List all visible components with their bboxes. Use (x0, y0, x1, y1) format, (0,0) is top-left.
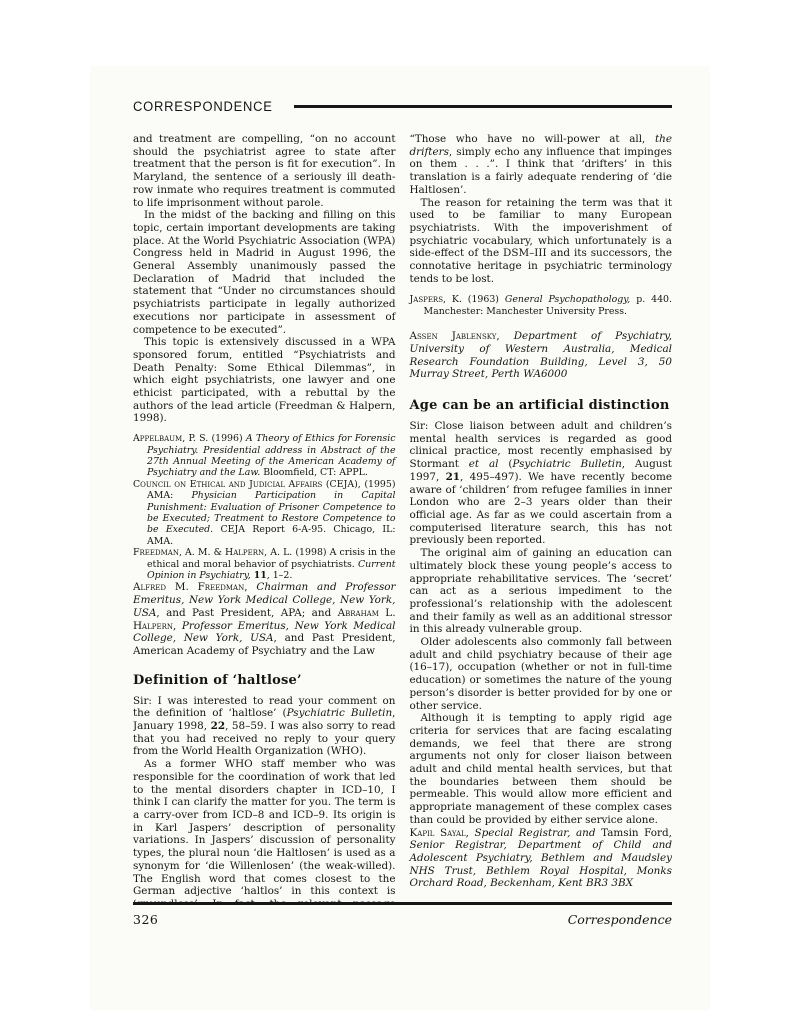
text-segment: 11 (254, 570, 267, 581)
text-segment: et al (469, 458, 499, 470)
text-segment: The reason for retaining the term was th… (410, 197, 673, 285)
author-signature: Assen Jablensky, Department of Psychiatr… (410, 330, 673, 381)
text-segment: In the midst of the backing and filling … (133, 209, 396, 335)
page-number: 326 (133, 912, 158, 927)
text-segment: ( (498, 458, 512, 470)
text-segment: and treatment are compelling, “on no acc… (133, 133, 396, 209)
text-segment: Psychiatric Bulletin (287, 707, 393, 719)
paragraph: Older adolescents also commonly fall bet… (410, 636, 673, 712)
paragraph: Sir: I was interested to read your comme… (133, 695, 396, 759)
text-segment: , simply echo any influence that impinge… (410, 146, 673, 196)
reference-entry: Appelbaum, P. S. (1996) A Theory of Ethi… (133, 433, 396, 479)
text-segment: Alfred M. Freedman (133, 581, 244, 593)
paragraph: In the midst of the backing and filling … (133, 209, 396, 336)
text-segment: , (466, 827, 475, 839)
text-segment: (1963) (462, 294, 505, 305)
page-footer: 326 Correspondence (133, 902, 672, 927)
text-segment: Psychiatric Bulletin (512, 458, 621, 470)
text-segment: Although it is tempting to apply rigid a… (410, 712, 673, 826)
paragraph: This topic is extensively discussed in a… (133, 336, 396, 425)
text-segment: 22 (211, 720, 225, 732)
scanned-journal-page: { "colors": { "paper": "#fbfbf8", "ink":… (0, 0, 800, 1036)
letter-heading: Age can be an artificial distinction (410, 398, 673, 413)
reference-entry: Jaspers, K. (1963) General Psychopatholo… (410, 294, 673, 317)
paragraph: As a former WHO staff member who was res… (133, 758, 396, 902)
text-segment: , 1–2. (267, 570, 293, 581)
text-segment: , and Past President, APA; and (156, 607, 337, 619)
text-segment: , (244, 581, 256, 593)
paragraph: Although it is tempting to apply rigid a… (410, 712, 673, 826)
reference-list: Appelbaum, P. S. (1996) A Theory of Ethi… (133, 433, 396, 581)
text-segment: Appelbaum, P. S. (133, 433, 208, 444)
section-title: CORRESPONDENCE (133, 99, 273, 114)
text-segment: Council on Ethical and Judicial Affairs … (133, 479, 361, 490)
page-content: CORRESPONDENCE and treatment are compell… (133, 98, 672, 927)
text-segment: This topic is extensively discussed in a… (133, 336, 396, 424)
header-rule (294, 105, 672, 108)
text-segment: Older adolescents also commonly fall bet… (410, 636, 673, 712)
section-header: CORRESPONDENCE (133, 98, 672, 114)
text-segment: , (496, 330, 513, 342)
paragraph: The reason for retaining the term was th… (410, 197, 673, 286)
reference-entry: Council on Ethical and Judicial Affairs … (133, 479, 396, 547)
paragraph: Sir: Close liaison between adult and chi… (410, 420, 673, 547)
text-segment: and (576, 827, 596, 839)
text-segment: Special Registrar, (475, 827, 571, 839)
text-segment: Freedman, A. M. & Halpern, A. L. (133, 547, 292, 558)
author-signature: Alfred M. Freedman, Chairman and Profess… (133, 581, 396, 657)
text-segment: , (173, 620, 182, 632)
text-segment: (1996) (208, 433, 246, 444)
reference-list: Jaspers, K. (1963) General Psychopatholo… (410, 294, 673, 317)
text-segment: Senior Registrar, Department of Child an… (410, 839, 673, 889)
paragraph: The original aim of gaining an education… (410, 547, 673, 636)
text-segment: As a former WHO staff member who was res… (133, 758, 396, 902)
running-title: Correspondence (568, 912, 672, 927)
text-segment: Kapil Sayal (410, 827, 466, 839)
text-segment: Jaspers, K. (410, 294, 462, 305)
left-column: and treatment are compelling, “on no acc… (133, 133, 396, 902)
quote-paragraph: “Those who have no will-power at all, th… (410, 133, 673, 197)
letter-heading: Definition of ‘haltlose’ (133, 673, 396, 688)
text-segment: “Those who have no will-power at all, (410, 133, 655, 145)
text-segment: Assen Jablensky (410, 330, 497, 342)
right-column: “Those who have no will-power at all, th… (410, 133, 673, 902)
text-segment: General Psychopathology, (505, 294, 630, 305)
text-segment: Tamsin Ford, (596, 827, 672, 839)
reference-entry: Freedman, A. M. & Halpern, A. L. (1998) … (133, 547, 396, 581)
two-column-text: and treatment are compelling, “on no acc… (133, 133, 672, 902)
text-segment: The original aim of gaining an education… (410, 547, 673, 635)
author-signature: Kapil Sayal, Special Registrar, and Tams… (410, 827, 673, 891)
text-segment: Bloomfield, CT: APPL. (260, 467, 368, 478)
text-segment: 21 (446, 471, 460, 483)
paragraph: and treatment are compelling, “on no acc… (133, 133, 396, 209)
